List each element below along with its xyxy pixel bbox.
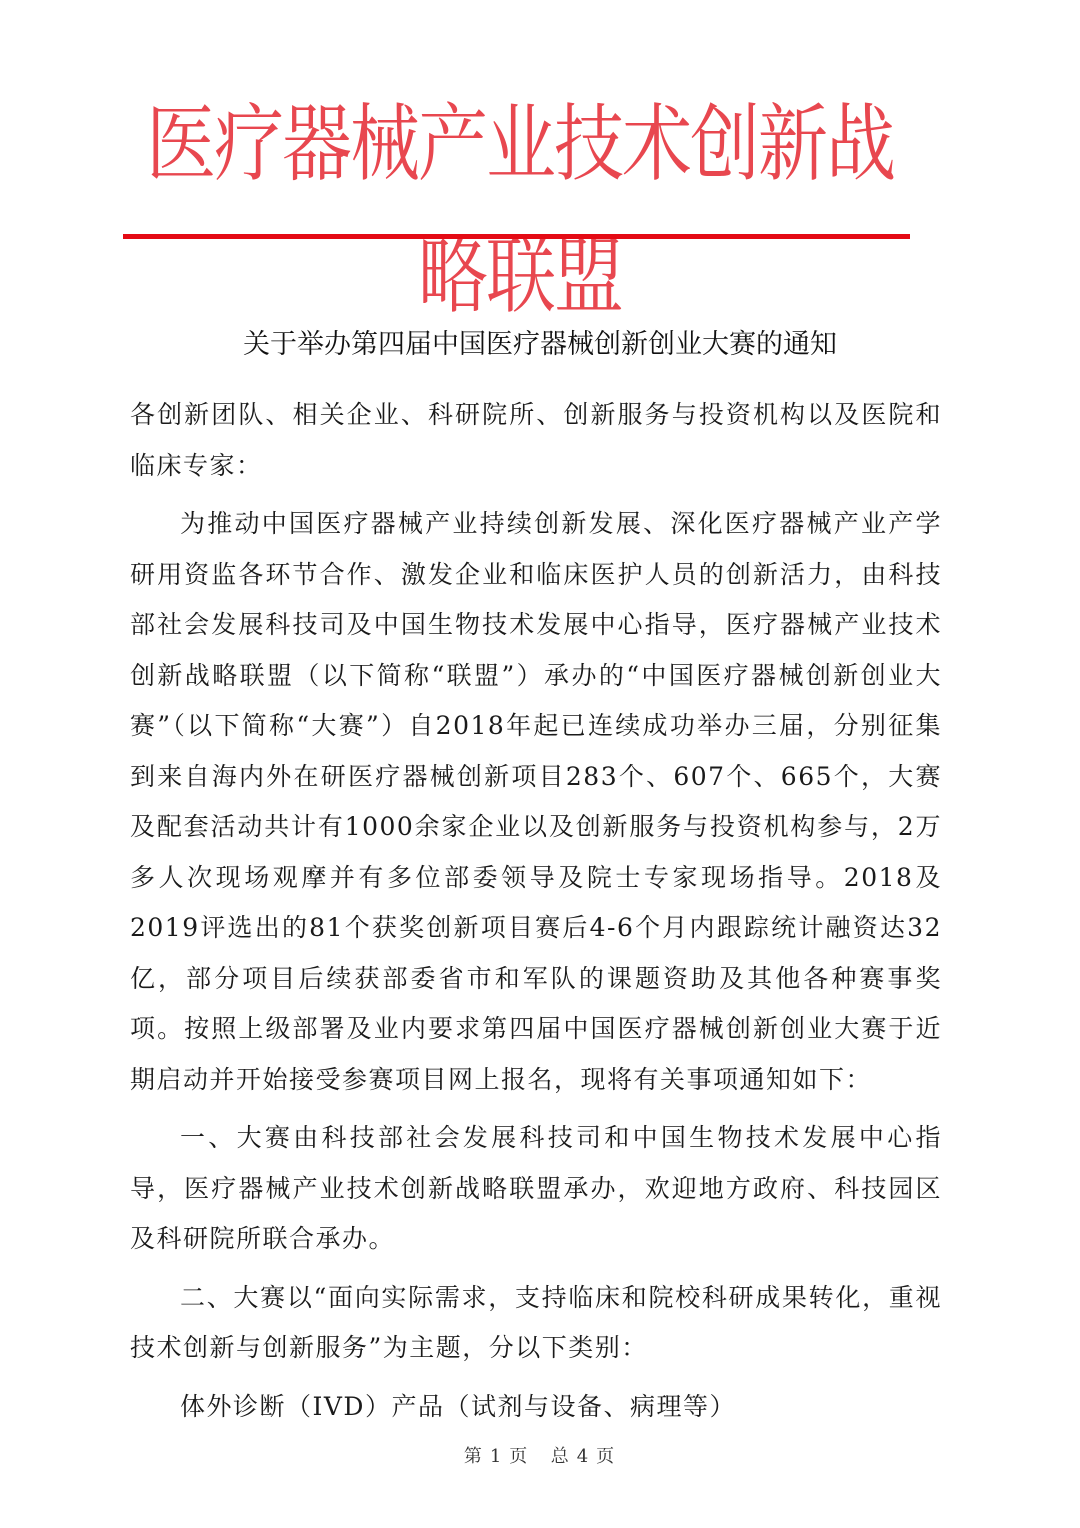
document-body: 各创新团队、相关企业、科研院所、创新服务与投资机构以及医院和临床专家： 为推动中… xyxy=(130,390,942,1432)
paragraph-item-1: 一、大赛由科技部社会发展科技司和中国生物技术发展中心指导，医疗器械产业技术创新战… xyxy=(130,1113,942,1265)
page-prefix: 第 xyxy=(464,1446,484,1467)
letterhead: 医疗器械产业技术创新战略联盟 xyxy=(120,100,920,210)
page-suffix: 页 xyxy=(509,1446,529,1467)
paragraph-item-2: 二、大赛以“面向实际需求，支持临床和院校科研成果转化，重视技术创新与创新服务”为… xyxy=(130,1273,942,1374)
total-suffix: 页 xyxy=(596,1446,616,1467)
total-pages: 4 xyxy=(577,1446,590,1467)
total-prefix: 总 xyxy=(551,1446,571,1467)
letterhead-divider xyxy=(123,234,910,239)
current-page: 1 xyxy=(490,1446,503,1467)
category-ivd: 体外诊断（IVD）产品（试剂与设备、病理等） xyxy=(130,1382,942,1433)
salutation: 各创新团队、相关企业、科研院所、创新服务与投资机构以及医院和临床专家： xyxy=(130,390,942,491)
organization-name: 医疗器械产业技术创新战略联盟 xyxy=(120,78,920,342)
document-title: 关于举办第四届中国医疗器械创新创业大赛的通知 xyxy=(0,325,1080,365)
page-number: 第1页 总4页 xyxy=(0,1442,1080,1468)
paragraph-intro: 为推动中国医疗器械产业持续创新发展、深化医疗器械产业产学研用资监各环节合作、激发… xyxy=(130,499,942,1105)
